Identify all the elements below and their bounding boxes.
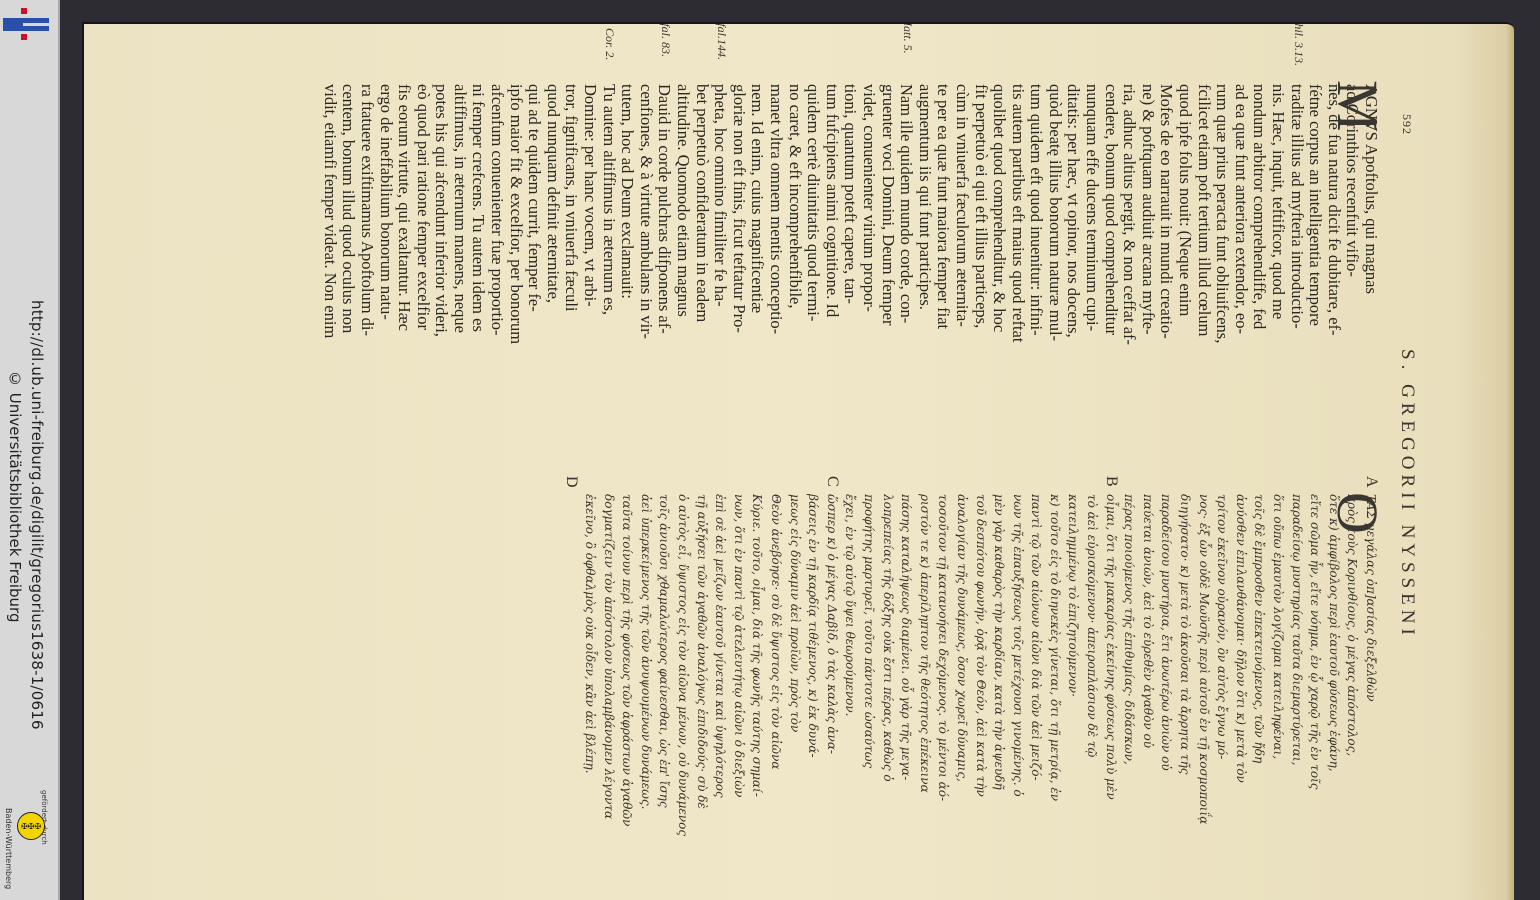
latin-text-line: cendere, bonum quod comprehenditur (1101, 84, 1120, 354)
latin-text-line: Dauid in corde pulchras difponens af- (655, 84, 674, 354)
latin-text-line: no caret, & eft incomprehenfibile, (785, 84, 804, 354)
latin-text-line: te per ea quæ funt maiora femper fiat (934, 84, 953, 354)
latin-text-line: eò quod pari ratione femper excelfior (413, 84, 432, 354)
greek-text-line: ὅτε κ) ἀμφίβολος περὶ ἑαυτοῦ φύσεως ἐφάν… (1324, 494, 1343, 894)
greek-text-line: εἴτε σῶμα ἦν, εἴτε νόημα, ἐν ᾧ χαρῷ τῆς … (1306, 494, 1325, 894)
scripture-reference-note: Pfal.144. (714, 22, 729, 60)
latin-text-line: potes his qui afcendunt inferior videri, (432, 84, 451, 354)
greek-text-line: δογματίζειν τὸν ἀπόστολον ὑπολαμβάνομεν … (599, 494, 618, 894)
latin-text-line: tror, fignificans, in vniuerfa fæculi (562, 84, 581, 354)
greek-text-line: πρὸς τοὺς Κορινθίους, ὁ μέγας ἀπόστολος, (1343, 494, 1362, 894)
latin-text-line: gruenter voci Domini, Deum femper (878, 84, 897, 354)
latin-text-line: quòd beatę illius bonorum naturæ mul- (1045, 84, 1064, 354)
greek-text-line: παραδείσου μυστήρια, ἔτι ἀνωτέρω ἀνιὼν ο… (1157, 494, 1176, 894)
scanned-page: 592 S. GREGORII NYSSENI M AGNVS Apoftolu… (82, 22, 1514, 900)
copyright-notice: © Universitätsbibliothek Freiburg (6, 370, 24, 622)
latin-text-line: nem. Id enim, cuius magnificentiæ (748, 84, 767, 354)
greek-text-line: ἀεὶ ὑπερκείμενος τῆς τῶν ἀνυψουμένων δυν… (636, 494, 655, 894)
greek-text-line: τῇ αὐξήσει τῶν ἀγαθῶν ἀναλόγως ἐπιδιδούς… (692, 494, 711, 894)
section-marker-letter: A (1362, 476, 1380, 488)
latin-text-line: fit perpetuò ei qui eft illius particeps… (971, 84, 990, 354)
latin-text-line: cùm in vniuerfa fæculorum æternita- (952, 84, 971, 354)
greek-text-line: τοσοῦτον τῇ κατανοήσει δεχόμενος. τὸ μέν… (934, 494, 953, 894)
logo-red-square-top (21, 8, 27, 14)
latin-text-line: ditatis: per hæc, vt opinor, nos docens, (1064, 84, 1083, 354)
latin-text-line: quidem certè diuinitatis quod termi- (804, 84, 823, 354)
section-marker-letter: B (1102, 476, 1120, 487)
scripture-reference-note: Pfal. 83. (658, 22, 673, 57)
funder-name: Baden-Württemberg (4, 808, 13, 889)
greek-text-line: διηγήσατο· κ) μετὰ τὸ ἀκοῦσαι τὰ ἄρρητα … (1175, 494, 1194, 894)
permalink-url[interactable]: http://dl.ub.uni-freiburg.de/digilit/gre… (28, 300, 46, 730)
latin-text-line: Domine: per hanc vocem, vt arbi- (580, 84, 599, 354)
latin-text-line: traditæ illius ad myfteria introductio- (1287, 84, 1306, 354)
page-content-rotated: 592 S. GREGORII NYSSENI M AGNVS Apoftolu… (84, 24, 1514, 900)
greek-text-line: τοῖς δὲ ἔμπροσθεν ἐπεκτεινόμενος, τῶν ἤδ… (1250, 494, 1269, 894)
latin-text-line: quod nunquam definit æternitate, (543, 84, 562, 354)
latin-text-line: bet perpetuò confideratum in eadem (692, 84, 711, 354)
logo-red-square-bottom (21, 34, 27, 40)
greek-column: O ΤΑΣ μεγάλας ὀπ]ασίας διεξελθὼν πρὸς το… (580, 494, 1380, 894)
section-marker-letter: D (562, 476, 580, 488)
greek-text-line: παραδείσῳ μυστηρίας ταῦτα διεμαρτύρεται, (1287, 494, 1306, 894)
latin-text-line: ad ea quæ funt anteriora extendor, eo- (1231, 84, 1250, 354)
latin-drop-cap: M (1328, 80, 1386, 132)
section-marker-letter: C (823, 476, 841, 487)
latin-text-line: Nam ille quidem mundo corde, con- (897, 84, 916, 354)
scripture-reference-note: Phil. 3.13. (1291, 22, 1306, 66)
logo-blue-block (3, 18, 23, 31)
latin-text-line: gloriæ non eft finis, ficut teftatur Pro… (729, 84, 748, 354)
greek-text-line: ὁ αὐτὸς εἶ, ὕψιστος εἰς τὸν αἰῶνα μένων,… (673, 494, 692, 894)
latin-text-line: centem, bonum illud quod oculus non (339, 84, 358, 354)
greek-text-line: Κύριε. τοῦτο, οἶμαι, διὰ τῆς φωνῆς ταύτη… (748, 494, 767, 894)
greek-text-line: ἀνύσθεν ἐπιλανθάνομαι· δῆλον ὅτι κ) μετὰ… (1231, 494, 1250, 894)
greek-text-line: τοῖς ἀνιοῦσι χθαμαλώτερος φαίνεσθαι, ὡς … (655, 494, 674, 894)
state-crest-icon: ✠✠✠ (17, 812, 45, 840)
latin-text-line: afcenfum conuenienter fuæ proportio- (488, 84, 507, 354)
latin-text-line: fétne corpus an intelligentia tempore (1306, 84, 1325, 354)
latin-text-line: pheta, hoc omnino fimiliter fe ha- (711, 84, 730, 354)
latin-text-line: tioni, quantum poteft capere, tan- (841, 84, 860, 354)
greek-text-line: ριστόν τε κ) ἀπερίληπτον τῆς θεότητος ἐπ… (915, 494, 934, 894)
greek-text-line: ἔχει, ἐν τῷ αὐτῷ ὕψει θεωρούμενον. (841, 494, 860, 894)
latin-text-line: quod ipfe folus nouit: (Neque enim (1175, 84, 1194, 354)
greek-text-line: κατειλημμένῳ τὸ ἐπιζητούμενον· (1064, 494, 1083, 894)
greek-drop-cap: O (1328, 492, 1386, 534)
latin-text-line: ra ftatuere exiftimamus Apoftolum di- (357, 84, 376, 354)
latin-text-line: tum quidem eft quod inuenitur: infini- (1027, 84, 1046, 354)
greek-text-line: τὸ ἀεὶ εὑρισκόμενον· ἀπειροπλάσιον δὲ τῷ (1083, 494, 1102, 894)
greek-text-line: προφήτης μαρτυρεῖ, τοῦτο πάντοτε ὡσαύτως (859, 494, 878, 894)
latin-text-line: videt, conuenienter virium propor- (859, 84, 878, 354)
library-logo (3, 6, 51, 46)
greek-text-line: μὲν γὰρ καθαρὸς τὴν καρδίαν, κατὰ τὴν ἀψ… (990, 494, 1009, 894)
latin-text-line: altitudine. Quomodo etiam magnus (673, 84, 692, 354)
page-number: 592 (1399, 114, 1414, 135)
greek-text-line: βάσεις ἐν τῇ καρδίᾳ τιθέμενος, κ) ἐκ δυν… (804, 494, 823, 894)
latin-text-line: nunquam effe ducens terminum cupi- (1083, 84, 1102, 354)
latin-text-line: qui ad te quidem currit, femper fe- (525, 84, 544, 354)
latin-text-line: ne) & poftquam audiuit arcana myfte- (1138, 84, 1157, 354)
greek-text-line: νων τῆς ἐπαυξήσεως τοῖς μετέχουσι γινομέ… (1008, 494, 1027, 894)
greek-text-line: μεως εἰς δύναμιν ἀεὶ προϊὼν, πρὸς τὸν (785, 494, 804, 894)
latin-text-line: cenfiones, & à virtute ambulans in vir- (636, 84, 655, 354)
scripture-reference-note: 1. Cor. 2. (602, 22, 617, 60)
latin-text-line: tis autem partibus eft maius quod reftat (1008, 84, 1027, 354)
latin-text-line: ipfo maior fit & excelfior, per bonorum (506, 84, 525, 354)
greek-text-line: παντὶ τῷ τῶν αἰώνων αἰῶνι διὰ τῶν ἀεὶ με… (1027, 494, 1046, 894)
greek-text-line: ταῦτα τοίνυν περὶ τῆς φύσεως τῶν ἀφράστω… (618, 494, 637, 894)
latin-text-line: altiffimus, in æternum manens, neque (450, 84, 469, 354)
latin-text-line: nis. Hæc, inquit, teftificor, quod me (1268, 84, 1287, 354)
greek-text-line: παύεται ἀνιών, ἀεὶ τὸ εὑρεθὲν ἀγαθὸν οὐ (1138, 494, 1157, 894)
greek-text-line: Θεὸν ἀνεβόησε· σὺ δὲ ὕψιστος εἰς τὸν αἰῶ… (766, 494, 785, 894)
greek-text-line: ἐκεῖνο, ὃ ὀφθαλμὸς οὐκ οἶδεν, κἂν ἀεὶ βλ… (580, 494, 599, 894)
latin-text-line: fis eorum virtute, qui exaltantur. Hæc (395, 84, 414, 354)
greek-text-line: ὅτι οὔπω ἐμαυτὸν λογίζομαι κατειληφέναι, (1268, 494, 1287, 894)
greek-text-line: οἶμαι, ὅτι τῆς μακαρίας ἐκείνης φύσεως π… (1101, 494, 1120, 894)
greek-text-line: νων, ὅτι ἐν παντὶ τῷ ἀτελευτήτῳ αἰῶνι ὁ … (729, 494, 748, 894)
greek-text-line: νος· ἐξ ὧν οὐδὲ Μωϋσῆς περὶ αὐτοῦ ἐν τῇ … (1194, 494, 1213, 894)
latin-text-line: ergo de ineffabilium bonorum natu- (376, 84, 395, 354)
latin-text-line: fcilicet etiam poft tertium illud cœlum (1194, 84, 1213, 354)
running-header: 592 S. GREGORII NYSSENI (1388, 174, 1418, 874)
latin-text-line: ni femper crefcens. Tu autem idem es (469, 84, 488, 354)
viewer-sidebar: http://dl.ub.uni-freiburg.de/digilit/gre… (0, 0, 60, 900)
greek-text-line: λοπρεπείας τῆς δόξης οὐκ ἔστι πέρας, καθ… (878, 494, 897, 894)
greek-text-line: ἐπὶ σὲ ἀεὶ μείζων ἑαυτοῦ γίνεται καὶ ὑψη… (711, 494, 730, 894)
latin-text-line: quolibet quod comprehenditur, & hoc (990, 84, 1009, 354)
greek-text-line: ὥσπερ κ) ὁ μέγας Δαβὶδ, ὁ τὰς καλὰς ἀνα- (822, 494, 841, 894)
latin-text-line: rum quæ prius peracta funt obliuifcens, (1213, 84, 1232, 354)
latin-text-line: nondum arbitror comprehendiffe, fed (1250, 84, 1269, 354)
greek-text-line: πέρας ποιούμενος τῆς ἐπιθυμίας· διδάσκων… (1120, 494, 1139, 894)
running-head-title: S. GREGORII NYSSENI (1396, 349, 1418, 640)
latin-text-line: Mofes de eo narrauit in mundi creatio- (1157, 84, 1176, 354)
greek-text-line: κ) τοῦτο εἰς τὸ διηνεκὲς γίνεται, ὅτι τῇ… (1045, 494, 1064, 894)
greek-text-line: πάσης καταλήψεως διαμένει. οὗ γὰρ τῆς με… (897, 494, 916, 894)
greek-text-line: ΤΑΣ μεγάλας ὀπ]ασίας διεξελθὼν (1361, 494, 1380, 894)
latin-text-line: Tu autem altiffimus in æternum es, (599, 84, 618, 354)
latin-column: M AGNVS Apoftolus, qui magnas ad Corinth… (320, 84, 1380, 354)
greek-text-line: τρίτον ἐκεῖνον οὐρανόν, ὃν αὐτὸς ἔγνω μό… (1213, 494, 1232, 894)
latin-text-line: manet vltra omnem mentis conceptio- (766, 84, 785, 354)
latin-text-line: tum fufcipiens animi cognitione. Id (822, 84, 841, 354)
scripture-reference-note: Matt. 5. (900, 22, 915, 54)
greek-text-line: ἀναλογίαν τῆς δυνάμεως, ὅσον χωρεῖ δύναμ… (952, 494, 971, 894)
latin-text-line: tutem, hoc ad Deum exclamauit: (618, 84, 637, 354)
latin-text-line: vidit, etiamfi femper videat. Non enim (320, 84, 339, 354)
latin-text-line: ria, adhuc altius pergit, & non ceffat a… (1120, 84, 1139, 354)
greek-text-line: τοῦ δεσπότου φωνήν, ὁρᾷ τὸν Θεόν, ἀεὶ κα… (971, 494, 990, 894)
latin-text-line: augmentum iis qui funt participes. (915, 84, 934, 354)
